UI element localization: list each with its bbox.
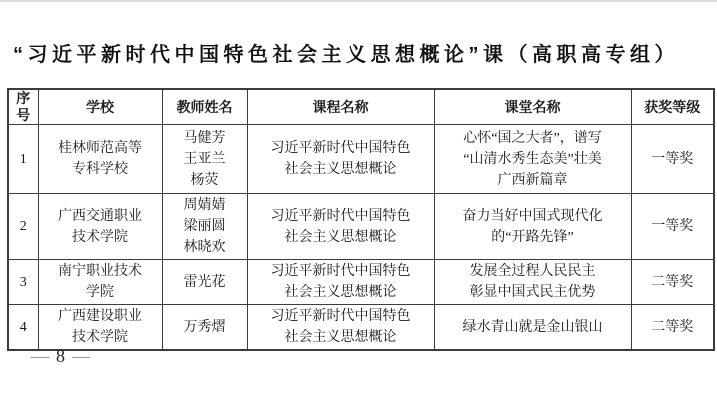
cell-lesson: 奋力当好中国式现代化 的“开路先锋” (434, 194, 631, 260)
cell-lesson: 绿水青山就是金山银山 (434, 305, 631, 351)
cell-lesson: 发展全过程人民民主 彰显中国式民主优势 (434, 260, 631, 305)
cell-school: 广西建设职业 技术学院 (38, 305, 162, 351)
cell-teachers: 万秀熠 (162, 305, 247, 351)
page-title: “习近平新时代中国特色社会主义思想概论”课（高职高专组） (13, 38, 713, 67)
table-row: 2 广西交通职业 技术学院 周婧婧 梁丽圆 林晓欢 习近平新时代中国特色 社会主… (8, 194, 714, 260)
cell-award: 一等奖 (631, 194, 714, 260)
cell-school: 桂林师范高等 专科学校 (38, 125, 162, 194)
page-number-value: 8 (56, 346, 65, 366)
page-number-dash-right: — (72, 346, 90, 366)
cell-course: 习近平新时代中国特色 社会主义思想概论 (247, 194, 434, 260)
cell-course: 习近平新时代中国特色 社会主义思想概论 (247, 125, 434, 194)
table-row: 1 桂林师范高等 专科学校 马健芳 王亚兰 杨荧 习近平新时代中国特色 社会主义… (8, 125, 714, 194)
cell-no: 3 (8, 260, 38, 305)
table-row: 4 广西建设职业 技术学院 万秀熠 习近平新时代中国特色 社会主义思想概论 绿水… (8, 305, 714, 351)
cell-course: 习近平新时代中国特色 社会主义思想概论 (247, 305, 434, 351)
cell-award: 二等奖 (631, 260, 714, 305)
col-header-course: 课程名称 (247, 89, 434, 125)
cell-award: 一等奖 (631, 125, 714, 194)
col-header-teachers: 教师姓名 (162, 89, 247, 125)
page-number: —8— (24, 346, 97, 367)
col-header-no: 序号 (8, 89, 38, 125)
cell-lesson: 心怀“国之大者”，谱写 “山清水秀生态美”壮美 广西新篇章 (434, 125, 631, 194)
page-number-dash-left: — (31, 346, 49, 366)
cell-teachers: 马健芳 王亚兰 杨荧 (162, 125, 247, 194)
col-header-school: 学校 (38, 89, 162, 125)
cell-no: 1 (8, 125, 38, 194)
col-header-lesson: 课堂名称 (434, 89, 631, 125)
document-page: “习近平新时代中国特色社会主义思想概论”课（高职高专组） 序号 学校 教师姓名 … (0, 0, 717, 405)
cell-school: 广西交通职业 技术学院 (38, 194, 162, 260)
cell-teachers: 周婧婧 梁丽圆 林晓欢 (162, 194, 247, 260)
cell-teachers: 雷光花 (162, 260, 247, 305)
table-header-row: 序号 学校 教师姓名 课程名称 课堂名称 获奖等级 (8, 89, 714, 125)
top-edge-line (0, 0, 717, 2)
cell-school: 南宁职业技术 学院 (38, 260, 162, 305)
cell-course: 习近平新时代中国特色 社会主义思想概论 (247, 260, 434, 305)
table-row: 3 南宁职业技术 学院 雷光花 习近平新时代中国特色 社会主义思想概论 发展全过… (8, 260, 714, 305)
award-table: 序号 学校 教师姓名 课程名称 课堂名称 获奖等级 1 桂林师范高等 专科学校 … (7, 88, 715, 351)
col-header-award: 获奖等级 (631, 89, 714, 125)
cell-no: 2 (8, 194, 38, 260)
cell-award: 二等奖 (631, 305, 714, 351)
cell-no: 4 (8, 305, 38, 351)
